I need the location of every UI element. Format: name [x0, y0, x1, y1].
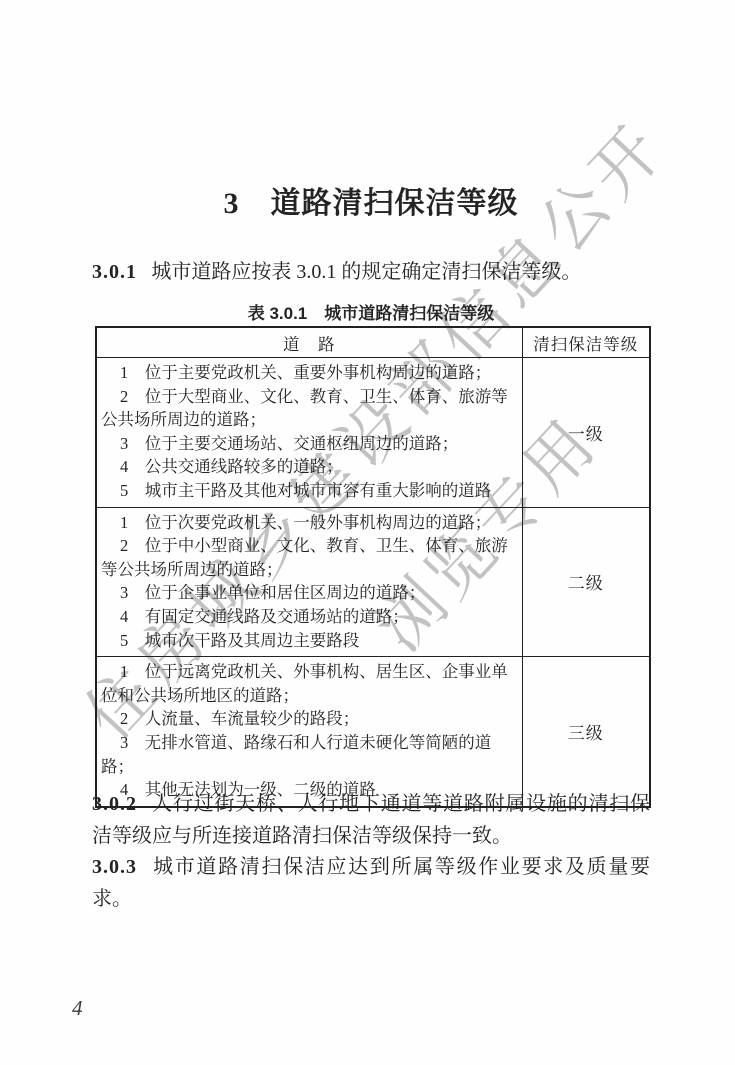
road-item: 1 位于远离党政机关、外事机构、居生区、企事业单位和公共场所地区的道路； — [101, 660, 516, 707]
clause-number: 3.0.3 — [92, 856, 137, 878]
page-content: 3 道路清扫保洁等级 3.0.1城市道路应按表 3.0.1 的规定确定清扫保洁等… — [0, 0, 735, 1065]
road-item: 4 有固定交通线路及交通场站的道路； — [101, 605, 516, 629]
column-header-road: 道 路 — [96, 327, 522, 358]
clause-text: 人行过街天桥、人行地下通道等道路附属设施的清扫保洁等级应与所连接道路清扫保洁等级… — [92, 793, 650, 847]
table-header-row: 道 路 清扫保洁等级 — [96, 327, 650, 358]
chapter-title: 3 道路清扫保洁等级 — [92, 178, 650, 222]
road-cell: 1 位于远离党政机关、外事机构、居生区、企事业单位和公共场所地区的道路；2 人流… — [96, 657, 522, 807]
road-cell: 1 位于主要党政机关、重要外事机构周边的道路；2 位于大型商业、文化、教育、卫生… — [96, 358, 522, 508]
road-item: 1 位于主要党政机关、重要外事机构周边的道路； — [101, 361, 516, 385]
table-body: 1 位于主要党政机关、重要外事机构周边的道路；2 位于大型商业、文化、教育、卫生… — [96, 358, 650, 807]
page-number: 4 — [72, 996, 83, 1021]
column-header-level: 清扫保洁等级 — [522, 327, 650, 358]
road-item: 1 位于次要党政机关、一般外事机构周边的道路； — [101, 511, 516, 535]
table-row: 1 位于主要党政机关、重要外事机构周边的道路；2 位于大型商业、文化、教育、卫生… — [96, 358, 650, 508]
clause-3-0-1: 3.0.1城市道路应按表 3.0.1 的规定确定清扫保洁等级。 — [92, 257, 650, 289]
road-item: 2 位于大型商业、文化、教育、卫生、体育、旅游等公共场所周边的道路； — [101, 385, 516, 432]
level-cell: 三级 — [522, 657, 650, 807]
table-caption: 表 3.0.1 城市道路清扫保洁等级 — [92, 299, 650, 324]
level-cell: 一级 — [522, 358, 650, 508]
road-item: 5 城市主干路及其他对城市市容有重大影响的道路 — [101, 479, 516, 503]
clause-number: 3.0.2 — [92, 793, 137, 815]
road-item: 5 城市次干路及其周边主要路段 — [101, 629, 516, 653]
clause-3-0-2: 3.0.2人行过街天桥、人行地下通道等道路附属设施的清扫保洁等级应与所连接道路清… — [92, 789, 650, 852]
clause-3-0-3: 3.0.3城市道路清扫保洁应达到所属等级作业要求及质量要求。 — [92, 852, 650, 915]
clause-text: 城市道路应按表 3.0.1 的规定确定清扫保洁等级。 — [151, 261, 581, 283]
road-item: 4 公共交通线路较多的道路； — [101, 455, 516, 479]
level-cell: 二级 — [522, 507, 650, 657]
table-row: 1 位于次要党政机关、一般外事机构周边的道路；2 位于中小型商业、文化、教育、卫… — [96, 507, 650, 657]
road-item: 2 位于中小型商业、文化、教育、卫生、体育、旅游等公共场所周边的道路； — [101, 534, 516, 581]
grade-table: 道 路 清扫保洁等级 1 位于主要党政机关、重要外事机构周边的道路；2 位于大型… — [95, 326, 651, 808]
clause-number: 3.0.1 — [92, 261, 137, 283]
table-row: 1 位于远离党政机关、外事机构、居生区、企事业单位和公共场所地区的道路；2 人流… — [96, 657, 650, 807]
road-cell: 1 位于次要党政机关、一般外事机构周边的道路；2 位于中小型商业、文化、教育、卫… — [96, 507, 522, 657]
road-item: 3 位于主要交通场站、交通枢纽周边的道路； — [101, 432, 516, 456]
clause-text: 城市道路清扫保洁应达到所属等级作业要求及质量要求。 — [92, 856, 650, 910]
document-page: 住房城乡建设部信息公开 浏览专用 3 道路清扫保洁等级 3.0.1城市道路应按表… — [0, 0, 735, 1065]
road-item: 3 无排水管道、路缘石和人行道未硬化等简陋的道路； — [101, 731, 516, 778]
road-item: 3 位于企事业单位和居住区周边的道路； — [101, 581, 516, 605]
road-item: 2 人流量、车流量较少的路段； — [101, 707, 516, 731]
